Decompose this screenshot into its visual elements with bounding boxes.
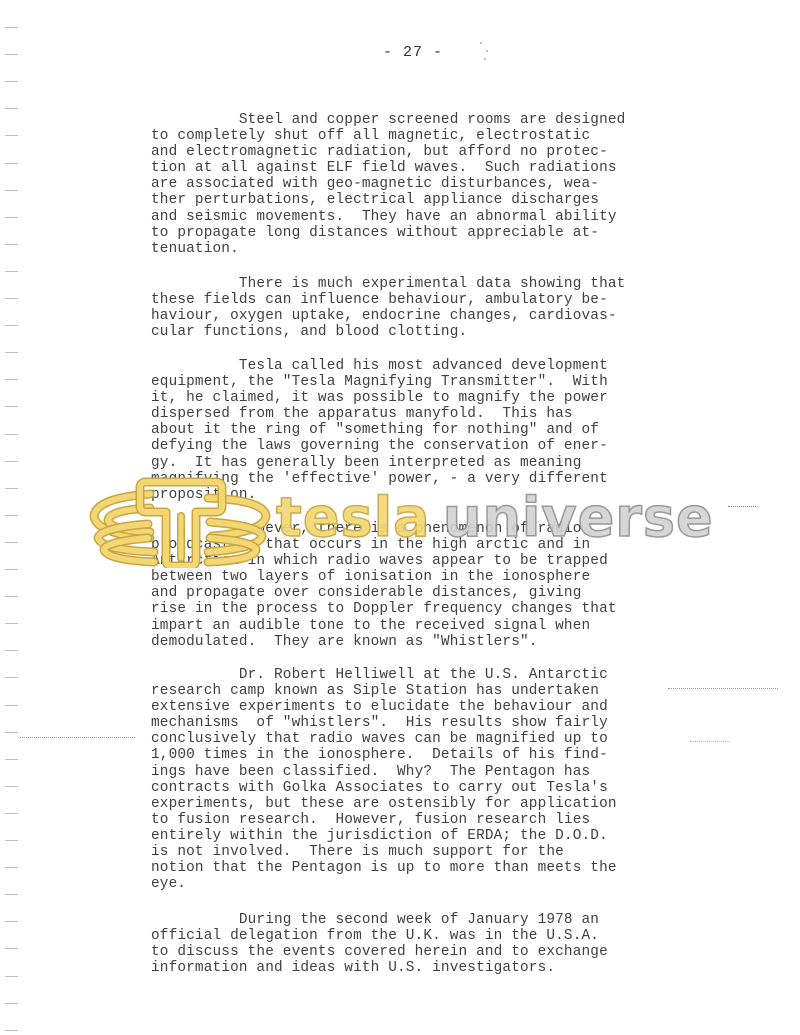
margin-tick bbox=[5, 135, 18, 136]
margin-tick bbox=[5, 379, 18, 380]
text-line: proposition. bbox=[151, 487, 691, 503]
text-line: entirely within the jurisdiction of ERDA… bbox=[151, 828, 691, 844]
margin-tick bbox=[5, 190, 18, 191]
margin-tick bbox=[5, 108, 18, 109]
margin-tick bbox=[5, 217, 18, 218]
margin-tick bbox=[5, 948, 18, 949]
text-line: During the second week of January 1978 a… bbox=[151, 912, 691, 928]
text-line: haviour, oxygen uptake, endocrine change… bbox=[151, 308, 691, 324]
margin-tick bbox=[5, 1003, 18, 1004]
scan-speck bbox=[484, 58, 486, 60]
text-line: information and ideas with U.S. investig… bbox=[151, 960, 691, 976]
margin-tick bbox=[5, 542, 18, 543]
margin-tick bbox=[5, 596, 18, 597]
margin-tick bbox=[5, 488, 18, 489]
text-line: is not involved. There is much support f… bbox=[151, 844, 691, 860]
paragraph-helliwell: Dr. Robert Helliwell at the U.S. Antarct… bbox=[151, 667, 691, 892]
margin-tick bbox=[5, 705, 18, 706]
margin-tick bbox=[5, 840, 18, 841]
text-line: defying the laws governing the conservat… bbox=[151, 438, 691, 454]
text-line: official delegation from the U.K. was in… bbox=[151, 928, 691, 944]
paragraph-experimental-data: There is much experimental data showing … bbox=[151, 276, 691, 340]
scan-artifact-line bbox=[690, 741, 730, 742]
margin-tick bbox=[5, 434, 18, 435]
text-line: and propagate over considerable distance… bbox=[151, 585, 691, 601]
margin-tick bbox=[5, 515, 18, 516]
text-line: extensive experiments to elucidate the b… bbox=[151, 699, 691, 715]
scan-artifact-line bbox=[668, 688, 778, 689]
text-line: equipment, the "Tesla Magnifying Transmi… bbox=[151, 374, 691, 390]
text-line: magnifying the 'effective' power, - a ve… bbox=[151, 471, 691, 487]
text-line: There is much experimental data showing … bbox=[151, 276, 691, 292]
text-line: eye. bbox=[151, 876, 691, 892]
text-line: Dr. Robert Helliwell at the U.S. Antarct… bbox=[151, 667, 691, 683]
text-line: and seismic movements. They have an abno… bbox=[151, 209, 691, 225]
margin-tick bbox=[5, 54, 18, 55]
margin-tick bbox=[5, 81, 18, 82]
text-line: cular functions, and blood clotting. bbox=[151, 324, 691, 340]
scan-speck bbox=[486, 50, 488, 52]
margin-tick bbox=[5, 921, 18, 922]
margin-tick bbox=[5, 732, 18, 733]
margin-tick bbox=[5, 298, 18, 299]
text-line: are associated with geo-magnetic disturb… bbox=[151, 176, 691, 192]
text-line: contracts with Golka Associates to carry… bbox=[151, 780, 691, 796]
text-line: to fusion research. However, fusion rese… bbox=[151, 812, 691, 828]
text-line: research camp known as Siple Station has… bbox=[151, 683, 691, 699]
text-line: experiments, but these are ostensibly fo… bbox=[151, 796, 691, 812]
text-line: broadcasting that occurs in the high arc… bbox=[151, 537, 691, 553]
page-number: - 27 - bbox=[383, 44, 443, 61]
margin-tick bbox=[5, 27, 18, 28]
text-line: tenuation. bbox=[151, 241, 691, 257]
text-line: to completely shut off all magnetic, ele… bbox=[151, 128, 691, 144]
text-line: demodulated. They are known as "Whistler… bbox=[151, 634, 691, 650]
margin-tick bbox=[5, 569, 18, 570]
text-line: about it the ring of "something for noth… bbox=[151, 422, 691, 438]
text-line: notion that the Pentagon is up to more t… bbox=[151, 860, 691, 876]
margin-tick bbox=[5, 894, 18, 895]
text-line: to discuss the events covered herein and… bbox=[151, 944, 691, 960]
margin-tick bbox=[5, 163, 18, 164]
text-line: 1,000 times in the ionosphere. Details o… bbox=[151, 747, 691, 763]
text-line: impart an audible tone to the received s… bbox=[151, 618, 691, 634]
margin-tick bbox=[5, 1030, 18, 1031]
text-line: it, he claimed, it was possible to magni… bbox=[151, 390, 691, 406]
margin-tick bbox=[5, 325, 18, 326]
text-line: ther perturbations, electrical appliance… bbox=[151, 192, 691, 208]
text-line: gy. It has generally been interpreted as… bbox=[151, 455, 691, 471]
paragraph-magnifying-transmitter: Tesla called his most advanced developme… bbox=[151, 358, 691, 503]
text-line: rise in the process to Doppler frequency… bbox=[151, 601, 691, 617]
text-line: tion at all against ELF field waves. Suc… bbox=[151, 160, 691, 176]
paragraph-shielding: Steel and copper screened rooms are desi… bbox=[151, 112, 691, 257]
margin-tick bbox=[5, 786, 18, 787]
scan-artifact-line bbox=[728, 506, 756, 507]
text-line: Antarctica in which radio waves appear t… bbox=[151, 553, 691, 569]
text-line: and electromagnetic radiation, but affor… bbox=[151, 144, 691, 160]
margin-tick bbox=[5, 352, 18, 353]
margin-tick bbox=[5, 976, 18, 977]
text-line: these fields can influence behaviour, am… bbox=[151, 292, 691, 308]
margin-tick bbox=[5, 244, 18, 245]
scan-speck bbox=[480, 42, 482, 44]
text-line: mechanisms of "whistlers". His results s… bbox=[151, 715, 691, 731]
text-line: dispersed from the apparatus manyfold. T… bbox=[151, 406, 691, 422]
scan-artifact-line bbox=[20, 737, 135, 738]
text-line: Tesla called his most advanced developme… bbox=[151, 358, 691, 374]
text-line: between two layers of ionisation in the … bbox=[151, 569, 691, 585]
text-line: ings have been classified. Why? The Pent… bbox=[151, 764, 691, 780]
text-line: to propagate long distances without appr… bbox=[151, 225, 691, 241]
text-line: However, there is a phenomenon of radio bbox=[151, 521, 691, 537]
margin-tick bbox=[5, 650, 18, 651]
text-line: Steel and copper screened rooms are desi… bbox=[151, 112, 691, 128]
margin-tick bbox=[5, 623, 18, 624]
margin-tick bbox=[5, 677, 18, 678]
text-line: conclusively that radio waves can be mag… bbox=[151, 731, 691, 747]
margin-tick bbox=[5, 406, 18, 407]
margin-tick bbox=[5, 271, 18, 272]
paragraph-delegation: During the second week of January 1978 a… bbox=[151, 912, 691, 976]
paragraph-whistlers: However, there is a phenomenon of radiob… bbox=[151, 521, 691, 650]
margin-tick bbox=[5, 461, 18, 462]
margin-tick bbox=[5, 867, 18, 868]
margin-tick bbox=[5, 759, 18, 760]
margin-tick bbox=[5, 813, 18, 814]
